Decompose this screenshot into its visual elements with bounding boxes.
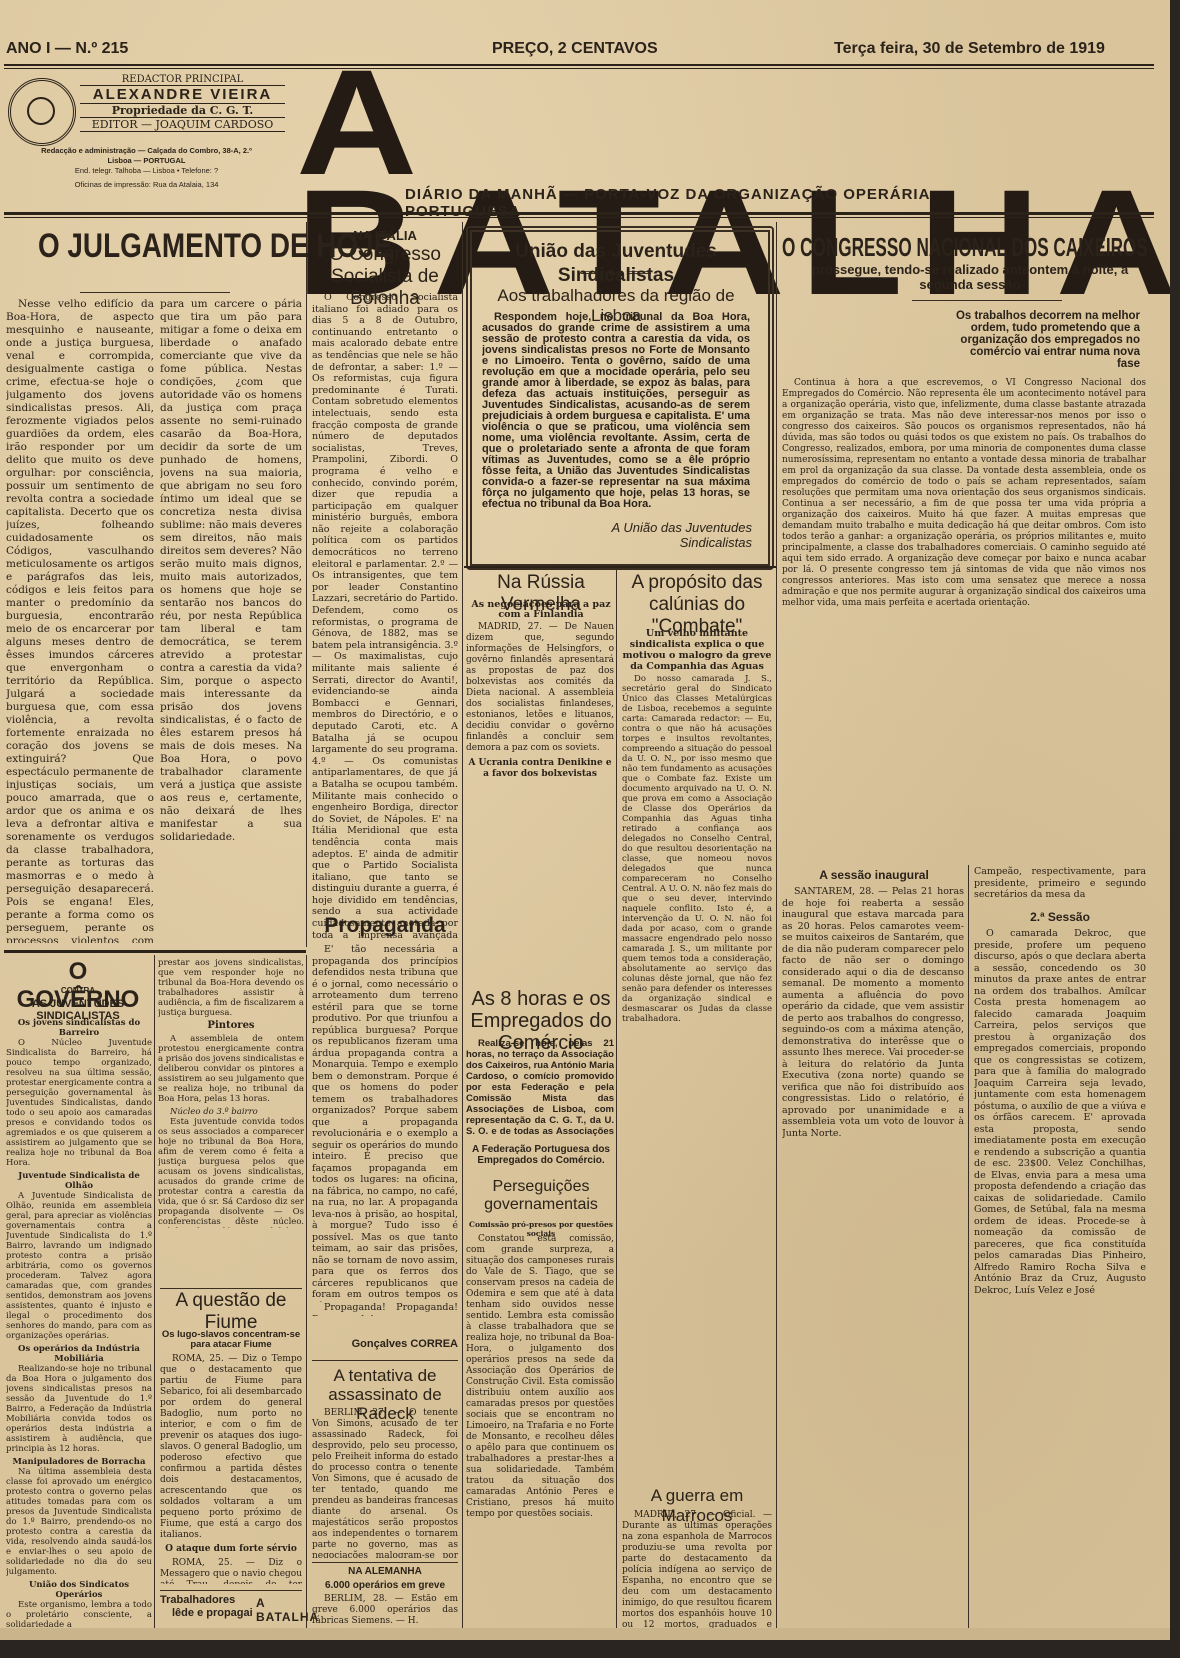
article-fiume: ROMA, 25. — Diz o Tempo que o destacamen… [160, 1354, 302, 1584]
page-edge [0, 1628, 1170, 1640]
article-body: SANTAREM, 28. — Pelas 21 horas de hoje f… [782, 886, 964, 1139]
article-marrocos: MADRID, 27. — Oficial. — Durante as últi… [622, 1510, 772, 1634]
city: Lisboa — PORTUGAL [4, 156, 289, 166]
article-body: Esta juventude convida todos os seus ass… [158, 1117, 304, 1228]
section-title: União dos Sindicatos Operários [6, 1580, 152, 1600]
subhead-forte-servio: O ataque dum forte sérvio [160, 1544, 302, 1555]
footer-ad-text: Trabalhadores lêde e propagai [160, 1594, 260, 1620]
masthead-credits: REDACTOR PRINCIPAL ALEXANDRE VIEIRA Prop… [80, 74, 285, 132]
subhead-calunias: Um velho militante sindicalista explica … [620, 628, 774, 672]
subhead-fiume: Os Iugo-slavos concentram-se para atacar… [158, 1330, 304, 1350]
article-julgamento-col2: para um carcere o pária que tira um pão … [160, 298, 302, 943]
ornament-icon: ════ ◆◆ ════ [480, 268, 752, 279]
article-body: E' tão necessária a propaganda dos princ… [312, 944, 458, 1302]
heading-segunda-sessao: 2.ª Sessão [974, 910, 1146, 924]
article-body: Realizando-se hoje no tribunal da Boa Ho… [6, 1364, 152, 1454]
intro-segunda-sessao: Campeão, respectivamente, para president… [974, 866, 1146, 906]
article-body: A Juventude Sindicalista de Olhão, reuni… [6, 1191, 152, 1341]
article-body: BERLIM, 28. — Estão em greve 6.000 operá… [312, 1594, 458, 1624]
printing: Oficinas de impressão: Rua da Atalaia, 1… [4, 180, 289, 190]
article-body: A assembleia de ontem protestou energica… [158, 1034, 304, 1104]
footer-ad-brand: A BATALHA [256, 1596, 306, 1624]
masthead-address: Redacção e administração — Calçada do Co… [4, 146, 289, 190]
lead-caixeiros: Os trabalhos decorrem na melhor ordem, t… [955, 310, 1140, 370]
editor: EDITOR — JOAQUIM CARDOSO [80, 118, 285, 132]
article-body: Campeão, respectivamente, para president… [974, 866, 1146, 901]
address: Redacção e administração — Calçada do Co… [4, 146, 289, 156]
column-divider [776, 222, 777, 1637]
signature-oito-horas: A Federação Portuguesa dos Empregados do… [466, 1144, 616, 1166]
article-uniao: Respondem hoje, no tribunal da Boa Hora,… [482, 312, 750, 512]
headline-caixeiros: O CONGRESSO NACIONAL DOS CAIXEIROS [782, 232, 1148, 262]
section-rule [464, 566, 776, 568]
issue-bar: ANO I — N.º 215 PREÇO, 2 CENTAVOS Terça … [4, 40, 1152, 62]
section-rule [312, 1562, 458, 1563]
article-body: Propaganda! Propaganda! Propaganda! [312, 1302, 458, 1316]
headline-rule [912, 300, 1062, 301]
article-radeck: BERLIM, 27. — O tenente Von Simons, acus… [312, 1408, 458, 1558]
article-pintores: prestar aos jovens sindicalistas, que ve… [158, 958, 304, 1228]
article-body: BERLIM, 27. — O tenente Von Simons, acus… [312, 1408, 458, 1558]
section-rule [312, 1360, 458, 1361]
subhead-russia: As negociações para a paz com a Finlandi… [466, 600, 616, 620]
article-body: prestar aos jovens sindicalistas, que ve… [158, 958, 304, 1018]
ownership: Propriedade da C. G. T. [80, 104, 285, 118]
kicker-alemanha: NA ALEMANHA [310, 1566, 460, 1577]
column-divider [462, 222, 463, 1637]
article-body: Na última assembleia desta classe foi ap… [6, 1467, 152, 1577]
footer-ad-line2: lêde e propagai [160, 1607, 260, 1620]
article-body: O Núcleo Juventude Sindicalista do Barre… [6, 1038, 152, 1168]
section-title: Os jovens sindicalistas do Barreiro [6, 1018, 152, 1038]
article-julgamento-col1: Nesse velho edifício da Boa-Hora, de asp… [6, 298, 154, 943]
column-divider [154, 955, 155, 1635]
propaganda-closing: Propaganda! Propaganda! Propaganda! [312, 1302, 458, 1316]
article-body: ROMA, 25. — Diz o Tempo que o destacamen… [160, 1354, 302, 1541]
article-body: MADRID, 27. — Oficial. — Durante as últi… [622, 1510, 772, 1634]
section-title: Os operários da Indústria Mobiliária [6, 1344, 152, 1364]
article-body: Nesse velho edifício da Boa-Hora, de asp… [6, 298, 154, 943]
article-body: Realiza-se hoje, pelas 21 horas, no terr… [466, 1038, 614, 1138]
subhead-caixeiros: prossegue, tendo-se realizado anteontem … [800, 262, 1140, 292]
subhead-ucrania: A Ucrania contra Denikine e a favor dos … [466, 758, 614, 780]
article-caixeiros: Continua à hora a que escrevemos, o VI C… [782, 378, 1146, 856]
section-rule [160, 1288, 302, 1289]
newspaper-page: ANO I — N.º 215 PREÇO, 2 CENTAVOS Terça … [0, 0, 1170, 1640]
article-body: ROMA, 25. — Diz o Messagero que o navio … [160, 1558, 302, 1584]
article-body: Constatou esta comissão, com grande surp… [466, 1234, 614, 1520]
section-title: Núcleo do 3.º bairro [158, 1107, 304, 1117]
article-body: MADRID, 27. — De Nauen dizem que, segund… [466, 622, 614, 754]
article-body: Continua à hora a que escrevemos, o VI C… [782, 378, 1146, 609]
section-title: Manipuladores de Borracha [6, 1457, 152, 1467]
article-body: Do nosso camarada J. S., secretário gera… [622, 674, 772, 1024]
masthead-bottom-rule [4, 212, 1154, 215]
headline-perseguicoes: Perseguições governamentais [466, 1178, 616, 1214]
masthead-bottom-rule [4, 217, 1154, 218]
article-russia: MADRID, 27. — De Nauen dizem que, segund… [466, 622, 614, 782]
article-body: Respondem hoje, no tribunal da Boa Hora,… [482, 312, 750, 510]
headline-propaganda: Propaganda [310, 914, 460, 938]
article-alemanha: BERLIM, 28. — Estão em greve 6.000 operá… [312, 1594, 458, 1624]
article-body: para um carcere o pária que tira um pão … [160, 298, 302, 844]
heading-sessao-inaugural: A sessão inaugural [782, 868, 966, 882]
article-governo: Os jovens sindicalistas do Barreiro O Nú… [6, 1018, 152, 1636]
article-body: O Congresso Socialista italiano foi adia… [312, 292, 458, 942]
headline-alemanha: 6.000 operários em greve [310, 1580, 460, 1591]
article-sessao-inaugural: SANTAREM, 28. — Pelas 21 horas de hoje f… [782, 886, 964, 1634]
section-title: Juventude Sindicalista de Olhão [6, 1171, 152, 1191]
column-divider [968, 865, 969, 1635]
headline-fiume: A questão de Fiume [158, 1290, 304, 1334]
redactor-label: REDACTOR PRINCIPAL [80, 74, 285, 86]
price: PREÇO, 2 CENTAVOS [492, 40, 658, 58]
footer-ad-line1: Trabalhadores [160, 1594, 260, 1607]
article-italia: O Congresso Socialista italiano foi adia… [312, 292, 458, 942]
article-body: O camarada Dekroc, que preside, profere … [974, 928, 1146, 1296]
article-propaganda: E' tão necessária a propaganda dos princ… [312, 944, 458, 1302]
column-divider [616, 570, 617, 1635]
issue-number: ANO I — N.º 215 [6, 40, 128, 58]
column-divider [306, 222, 307, 947]
kicker-contra: CONTRA [4, 986, 152, 995]
redactor-name: ALEXANDRE VIEIRA [80, 86, 285, 104]
headline-uniao: União das Juventudes Sindicalistas [480, 240, 752, 288]
kicker-italia: NA ITÁLIA [310, 228, 460, 243]
newspaper-title: A BATALHA [296, 62, 1170, 182]
section-rule [160, 1590, 302, 1591]
signature-uniao: A União das Juventudes Sindicalistas [540, 520, 752, 550]
column-divider [306, 955, 307, 1635]
section-rule [4, 950, 306, 953]
article-perseguicoes: Constatou esta comissão, com grande surp… [466, 1234, 614, 1634]
signature-propaganda: Gonçalves CORREA [312, 1338, 458, 1350]
union-seal-icon [8, 78, 76, 146]
headline-rule [80, 292, 230, 293]
issue-date: Terça feira, 30 de Setembro de 1919 [834, 40, 1105, 58]
telegraph: End. telegr. Talhoba — Lisboa • Telefone… [4, 166, 289, 176]
section-title: Pintores [158, 1021, 304, 1031]
article-body: Este organismo, lembra a todo o proletár… [6, 1600, 152, 1630]
article-oito-horas: Realiza-se hoje, pelas 21 horas, no terr… [466, 1038, 614, 1138]
article-segunda-sessao: O camarada Dekroc, que preside, profere … [974, 928, 1146, 1634]
article-calunias: Do nosso camarada J. S., secretário gera… [622, 674, 772, 1414]
